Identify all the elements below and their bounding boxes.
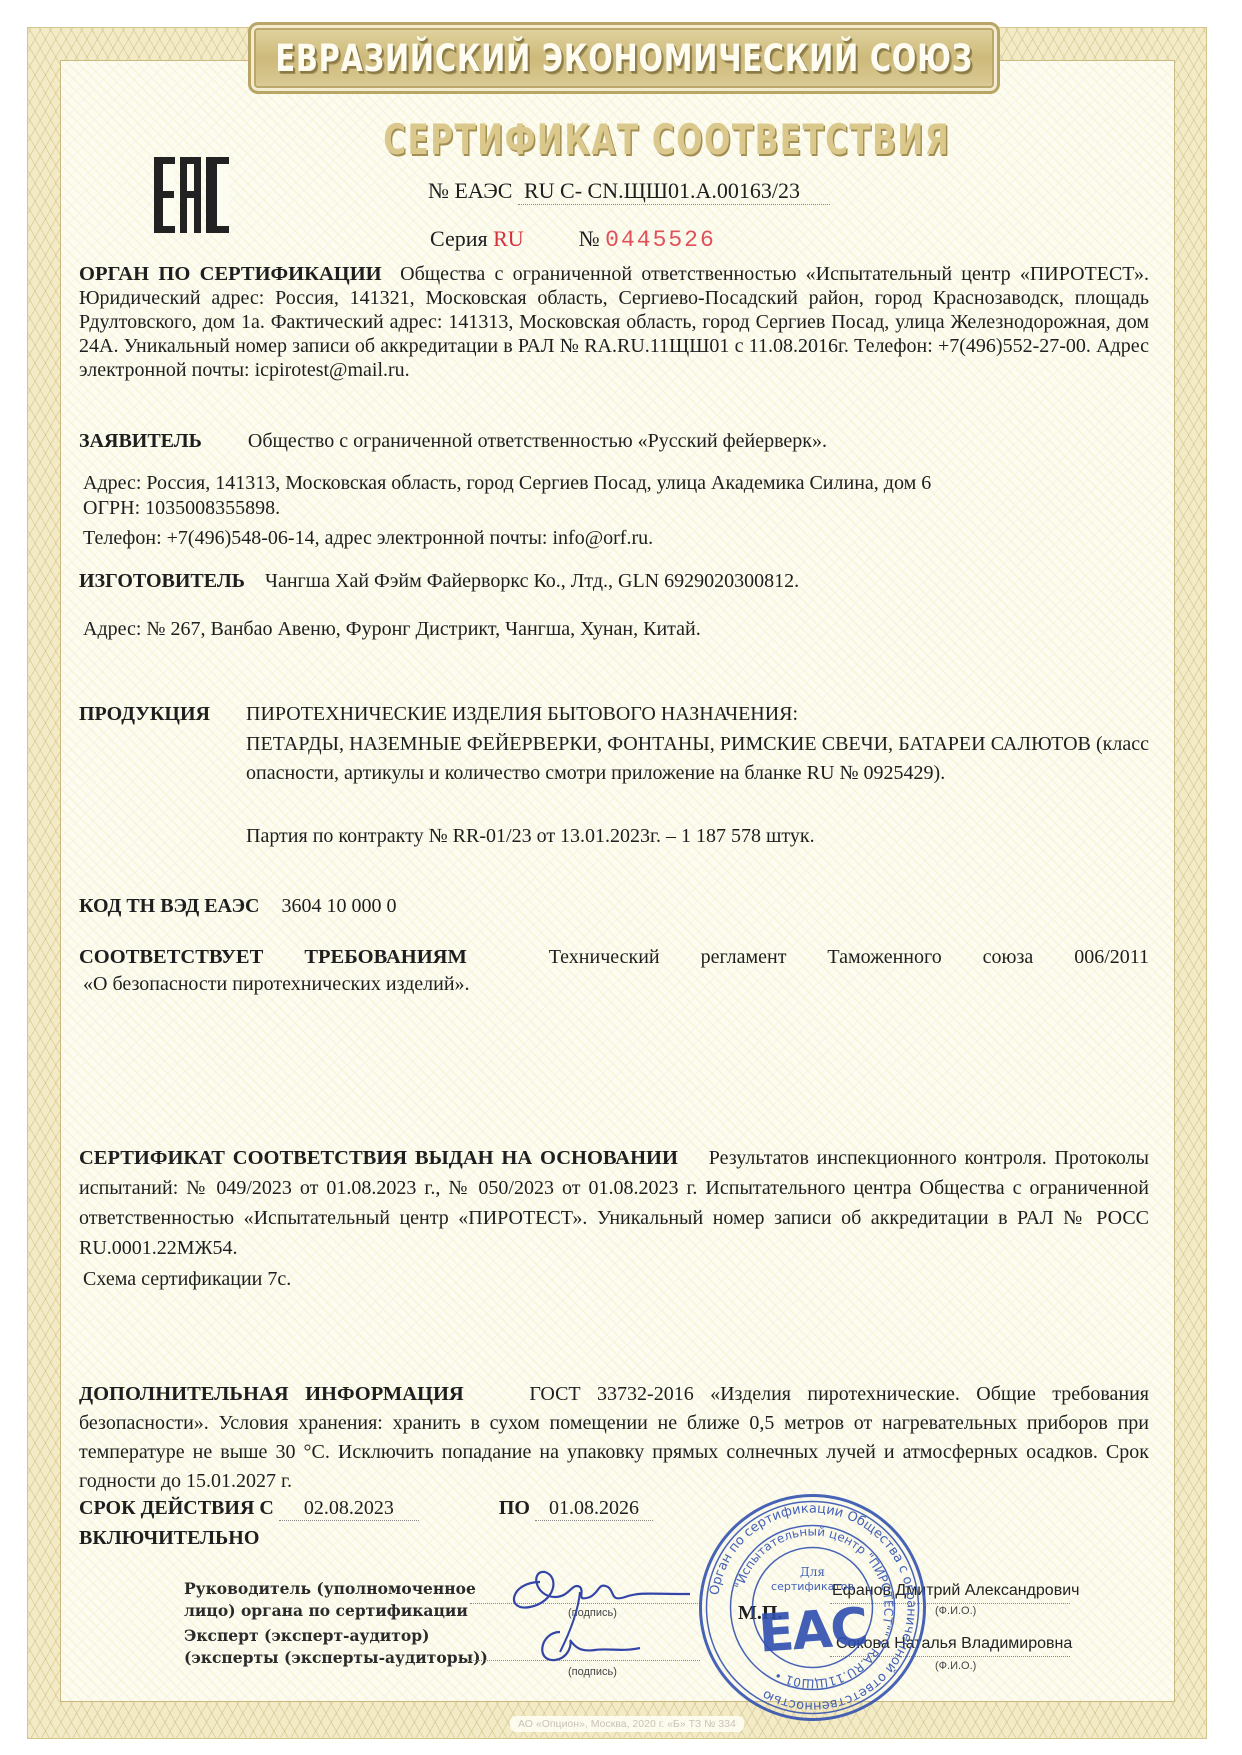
- manufacturer-label: ИЗГОТОВИТЕЛЬ: [79, 570, 245, 592]
- svg-text:сертификатов: сертификатов: [771, 1580, 854, 1593]
- series-line: Серия RU № 0445526: [430, 226, 716, 253]
- hs-code-label: КОД ТН ВЭД ЕАЭС: [79, 895, 260, 917]
- manufacturer-address: Адрес: № 267, Ванбао Авеню, Фуронг Дистр…: [83, 618, 701, 641]
- expert-fio-hint: (Ф.И.О.): [935, 1660, 976, 1672]
- applicant-ogrn: ОГРН: 1035008355898.: [83, 497, 280, 520]
- expert-label-line1: Эксперт (эксперт-аудитор): [184, 1625, 488, 1647]
- blank-number-value: 0445526: [605, 227, 716, 253]
- product-label: ПРОДУКЦИЯ: [79, 703, 210, 726]
- validity-from-label: СРОК ДЕЙСТВИЯ С: [79, 1497, 274, 1519]
- svg-text:Для: Для: [800, 1565, 825, 1579]
- product-line2: ПЕТАРДЫ, НАЗЕМНЫЕ ФЕЙЕРВЕРКИ, ФОНТАНЫ, Р…: [246, 730, 1149, 788]
- certification-scheme: Схема сертификации 7с.: [83, 1268, 291, 1291]
- product-label-text: ПРОДУКЦИЯ: [79, 703, 210, 725]
- validity-inclusive: ВКЛЮЧИТЕЛЬНО: [79, 1527, 259, 1550]
- applicant-address: Адрес: Россия, 141313, Московская област…: [83, 472, 931, 495]
- validity-from-date: 02.08.2023: [279, 1497, 419, 1521]
- certificate-title: СЕРТИФИКАТ СООТВЕТСТВИЯ: [383, 115, 857, 164]
- certification-body-section: ОРГАН ПО СЕРТИФИКАЦИИ Общества с огранич…: [79, 262, 1149, 382]
- certificate-number: № ЕАЭС RU C- CN.ЩШ01.А.00163/23: [428, 178, 830, 205]
- certificate-number-value: RU C- CN.ЩШ01.А.00163/23: [518, 178, 830, 205]
- product-line1: ПИРОТЕХНИЧЕСКИЕ ИЗДЕЛИЯ БЫТОВОГО НАЗНАЧЕ…: [246, 703, 798, 726]
- series-value: RU: [493, 226, 524, 251]
- head-fio-hint: (Ф.И.О.): [935, 1605, 976, 1617]
- additional-info-section: ДОПОЛНИТЕЛЬНАЯ ИНФОРМАЦИЯ ГОСТ 33732-201…: [79, 1380, 1149, 1496]
- head-label-line2: лицо) органа по сертификации: [184, 1600, 476, 1622]
- signature-head-icon: [500, 1552, 700, 1682]
- conformity-section: СООТВЕТСТВУЕТ ТРЕБОВАНИЯМ Технический ре…: [79, 945, 1149, 969]
- basis-section: СЕРТИФИКАТ СООТВЕТСТВИЯ ВЫДАН НА ОСНОВАН…: [79, 1143, 1149, 1263]
- applicant-name: Общество с ограниченной ответственностью…: [248, 430, 827, 452]
- series-label: Серия: [430, 226, 488, 251]
- official-seal-icon: Орган по сертификации Общества с огранич…: [695, 1490, 930, 1725]
- validity-to-date: 01.08.2026: [535, 1497, 653, 1521]
- validity-to-label: ПО: [499, 1497, 530, 1519]
- svg-text:ЕАС: ЕАС: [757, 1597, 869, 1664]
- applicant-label: ЗАЯВИТЕЛЬ: [79, 430, 202, 452]
- conformity-line2: «О безопасности пиротехнических изделий»…: [83, 973, 470, 996]
- hs-code-section: КОД ТН ВЭД ЕАЭС 3604 10 000 0: [79, 895, 397, 918]
- expert-signatory-label: Эксперт (эксперт-аудитор) (эксперты (экс…: [184, 1625, 488, 1669]
- hs-code-value: 3604 10 000 0: [282, 895, 397, 917]
- union-banner: ЕВРАЗИЙСКИЙ ЭКОНОМИЧЕСКИЙ СОЮЗ: [248, 22, 1000, 94]
- eac-logo-icon: [154, 157, 229, 233]
- additional-info-label: ДОПОЛНИТЕЛЬНАЯ ИНФОРМАЦИЯ: [79, 1383, 464, 1405]
- applicant-contacts: Телефон: +7(496)548-06-14, адрес электро…: [83, 527, 653, 550]
- manufacturer-section: ИЗГОТОВИТЕЛЬ Чангша Хай Фэйм Файерворкс …: [79, 570, 799, 593]
- manufacturer-name: Чангша Хай Фэйм Файерворкс Ко., Лтд., GL…: [265, 570, 799, 592]
- certificate-number-label: № ЕАЭС: [428, 178, 512, 203]
- basis-label: СЕРТИФИКАТ СООТВЕТСТВИЯ ВЫДАН НА ОСНОВАН…: [79, 1147, 678, 1169]
- blank-number-label: №: [579, 226, 600, 251]
- expert-label-line2: (эксперты (эксперты-аудиторы)): [184, 1647, 488, 1669]
- validity-inclusive-label: ВКЛЮЧИТЕЛЬНО: [79, 1527, 259, 1549]
- union-banner-text: ЕВРАЗИЙСКИЙ ЭКОНОМИЧЕСКИЙ СОЮЗ: [275, 37, 973, 80]
- head-signatory-label: Руководитель (уполномоченное лицо) орган…: [184, 1578, 476, 1622]
- certification-body-label: ОРГАН ПО СЕРТИФИКАЦИИ: [79, 263, 382, 285]
- applicant-section: ЗАЯВИТЕЛЬ Общество с ограниченной ответс…: [79, 430, 827, 453]
- head-label-line1: Руководитель (уполномоченное: [184, 1578, 476, 1600]
- validity-section: СРОК ДЕЙСТВИЯ С 02.08.2023 ПО 01.08.2026: [79, 1497, 653, 1521]
- conformity-label: СООТВЕТСТВУЕТ ТРЕБОВАНИЯМ: [79, 946, 467, 968]
- product-batch: Партия по контракту № RR-01/23 от 13.01.…: [246, 825, 815, 848]
- conformity-line1: Технический регламент Таможенного союза …: [549, 946, 1149, 968]
- printer-imprint: АО «Опцион», Москва, 2020 г. «Б» ТЗ № 33…: [510, 1716, 744, 1732]
